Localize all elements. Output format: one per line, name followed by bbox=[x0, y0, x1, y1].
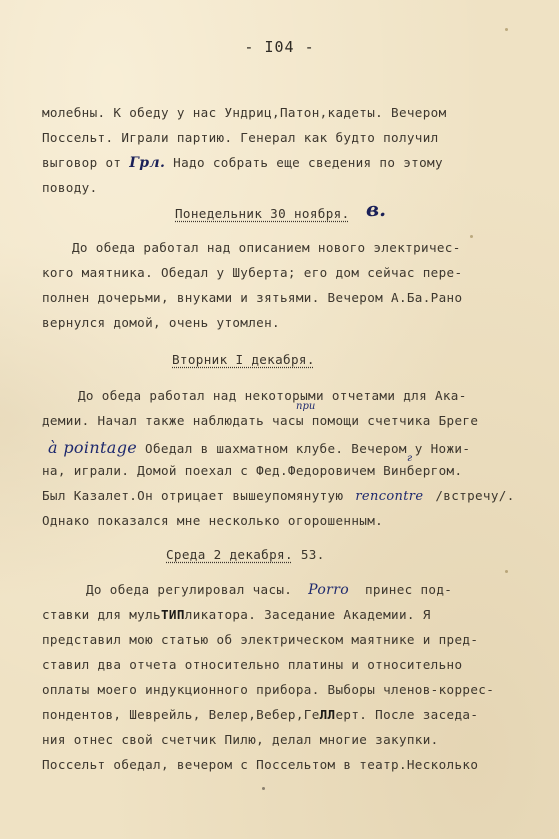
entry-heading-tuesday: Вторник I декабря. bbox=[172, 352, 315, 367]
text-fragment: принес под- bbox=[365, 582, 452, 597]
handwritten-insertion: при bbox=[296, 401, 315, 412]
text-line: вернулся домой, очень утомлен. bbox=[42, 315, 280, 330]
text-fragment: ерт. После заседа- bbox=[336, 707, 479, 722]
text-line: полнен дочерьми, внуками и зятьями. Вече… bbox=[42, 290, 462, 305]
text-fragment: Был Казалет.Он отрицает вышеупомянутую bbox=[42, 488, 343, 503]
text-line: поводу. bbox=[42, 180, 98, 195]
handwritten-word: rencontre bbox=[355, 489, 423, 504]
text-line: Поссельт обедал, вечером с Поссельтом в … bbox=[42, 757, 478, 772]
text-fragment: До обеда регулировал часы. bbox=[86, 582, 292, 597]
paper-speck bbox=[505, 570, 508, 573]
paper-speck bbox=[470, 235, 473, 238]
text-line: Поссельт. Играли партию. Генерал как буд… bbox=[42, 130, 439, 145]
text-fragment: ликатора. Заседание Академии. Я bbox=[185, 607, 431, 622]
overtyped-correction: ЛЛ bbox=[320, 707, 336, 722]
text-line: До обеда работал над некоторыми отчетами… bbox=[78, 388, 467, 403]
text-fragment: Надо собрать еще сведения по этому bbox=[165, 155, 443, 170]
document-page: - I04 - молебны. К обеду у нас Ундриц,Па… bbox=[0, 0, 559, 839]
text-line: Был Казалет.Он отрицает вышеупомянутую r… bbox=[42, 488, 515, 504]
text-line: представил мою статью об электрическом м… bbox=[42, 632, 478, 647]
text-line: молебны. К обеду у нас Ундриц,Патон,каде… bbox=[42, 105, 447, 120]
heading-suffix: 53. bbox=[301, 547, 325, 562]
page-number: - I04 - bbox=[0, 38, 559, 56]
text-fragment: ставки для муль bbox=[42, 607, 161, 622]
text-line: пондентов, Шеврейль, Велер,Вебер,ГеЛЛерт… bbox=[42, 707, 478, 722]
text-fragment: выговор от bbox=[42, 155, 129, 170]
paper-speck bbox=[262, 787, 265, 790]
entry-heading-wednesday-row: Среда 2 декабря. 53. bbox=[166, 547, 325, 562]
handwritten-name: Porro bbox=[308, 582, 349, 598]
overtyped-correction: ТИП bbox=[161, 607, 185, 622]
text-line: Однако показался мне несколько огорошенн… bbox=[42, 513, 383, 528]
text-line: оплаты моего индукционного прибора. Выбо… bbox=[42, 682, 494, 697]
text-line: До обеда работал над описанием нового эл… bbox=[72, 240, 461, 255]
text-line: ния отнес свой счетчик Пилю, делал многи… bbox=[42, 732, 439, 747]
handwritten-abbreviation: Грл. bbox=[129, 155, 165, 171]
text-fragment: Обедал в шахматном клубе. Вечером у Ножи… bbox=[145, 441, 470, 456]
text-line: на, играли. Домой поехал с Фед.Федорович… bbox=[42, 463, 462, 478]
handwritten-margin-note: в. bbox=[366, 197, 386, 221]
text-fragment: /встречу/. bbox=[435, 488, 514, 503]
text-fragment: пондентов, Шеврейль, Велер,Вебер,Ге bbox=[42, 707, 320, 722]
text-line: До обеда регулировал часы. Porro принес … bbox=[86, 582, 452, 598]
text-line: выговор от Грл. Надо собрать еще сведени… bbox=[42, 155, 443, 171]
paper-speck bbox=[505, 28, 508, 31]
entry-heading-wednesday: Среда 2 декабря. bbox=[166, 547, 293, 562]
text-line: демии. Начал также наблюдать часы помощи… bbox=[42, 413, 478, 428]
handwritten-phrase: à pointage bbox=[48, 438, 137, 457]
entry-heading-monday: Понедельник 30 ноября. bbox=[175, 206, 350, 221]
text-line: кого маятника. Обедал у Шуберта; его дом… bbox=[42, 265, 462, 280]
text-line: ставки для мульТИПликатора. Заседание Ак… bbox=[42, 607, 431, 622]
text-line: ставил два отчета относительно платины и… bbox=[42, 657, 462, 672]
